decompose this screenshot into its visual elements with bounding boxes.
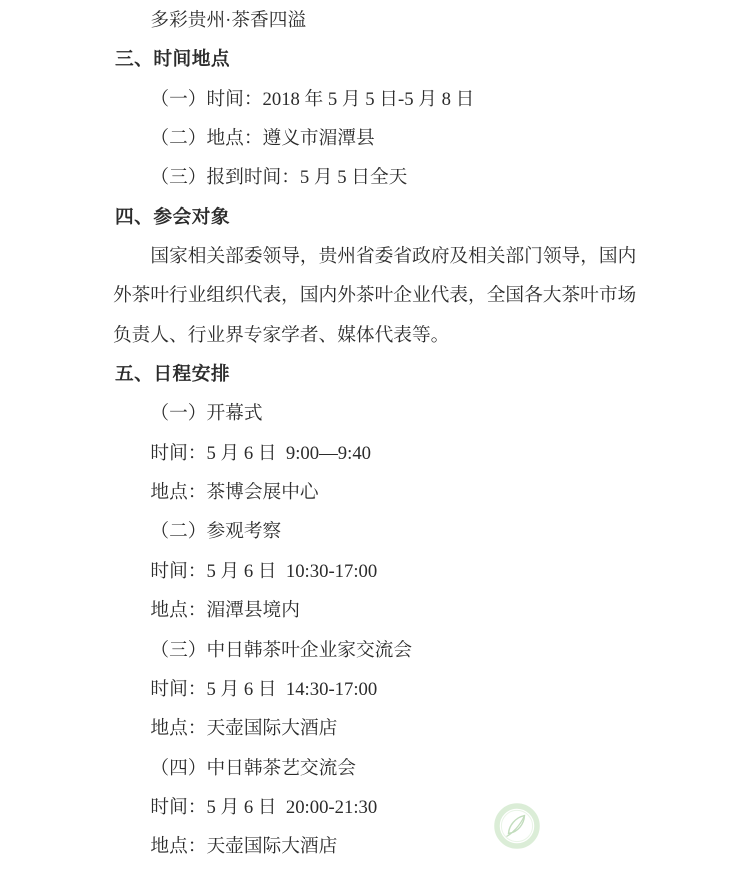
paragraph-line: 负责人、行业界专家学者、媒体代表等。	[113, 316, 643, 355]
list-item-line: （二）地点：遵义市湄潭县	[113, 119, 643, 158]
list-item-line: 时间：5 月 6 日 10:30-17:00	[113, 552, 643, 591]
seal-outer-ring	[497, 806, 537, 846]
list-item-line: （一）开幕式	[113, 394, 643, 433]
tea-leaf-seal-svg	[493, 802, 541, 850]
list-item-line: （三）报到时间：5 月 5 日全天	[113, 158, 643, 197]
paragraph-line: 国家相关部委领导，贵州省委省政府及相关部门领导，国内	[113, 237, 643, 276]
document-body: 多彩贵州·茶香四溢三、时间地点（一）时间：2018 年 5 月 5 日-5 月 …	[113, 1, 643, 867]
list-item-line: 时间：5 月 6 日 20:00-21:30	[113, 788, 643, 827]
list-item-line: （二）参观考察	[113, 512, 643, 551]
list-item-line: 地点：天壶国际大酒店	[113, 827, 643, 866]
list-item-line: 时间：5 月 6 日 14:30-17:00	[113, 670, 643, 709]
list-item-line: （四）中日韩茶艺交流会	[113, 749, 643, 788]
tea-leaf-seal-icon	[493, 802, 541, 850]
seal-inner-ring	[501, 810, 532, 841]
list-item-line: 地点：茶博会展中心	[113, 473, 643, 512]
leaf-outline	[509, 816, 525, 834]
list-item-line: （三）中日韩茶叶企业家交流会	[113, 631, 643, 670]
list-item-line: 时间：5 月 6 日 9:00—9:40	[113, 434, 643, 473]
paragraph-line: 外茶叶行业组织代表，国内外茶叶企业代表，全国各大茶叶市场	[113, 276, 643, 315]
list-item-line: 地点：天壶国际大酒店	[113, 709, 643, 748]
title-fragment-line: 多彩贵州·茶香四溢	[113, 1, 643, 40]
section-heading: 五、日程安排	[115, 355, 643, 394]
list-item-line: 地点：湄潭县境内	[113, 591, 643, 630]
section-heading: 三、时间地点	[115, 40, 643, 79]
list-item-line: （一）时间：2018 年 5 月 5 日-5 月 8 日	[113, 80, 643, 119]
section-heading: 四、参会对象	[115, 198, 643, 237]
